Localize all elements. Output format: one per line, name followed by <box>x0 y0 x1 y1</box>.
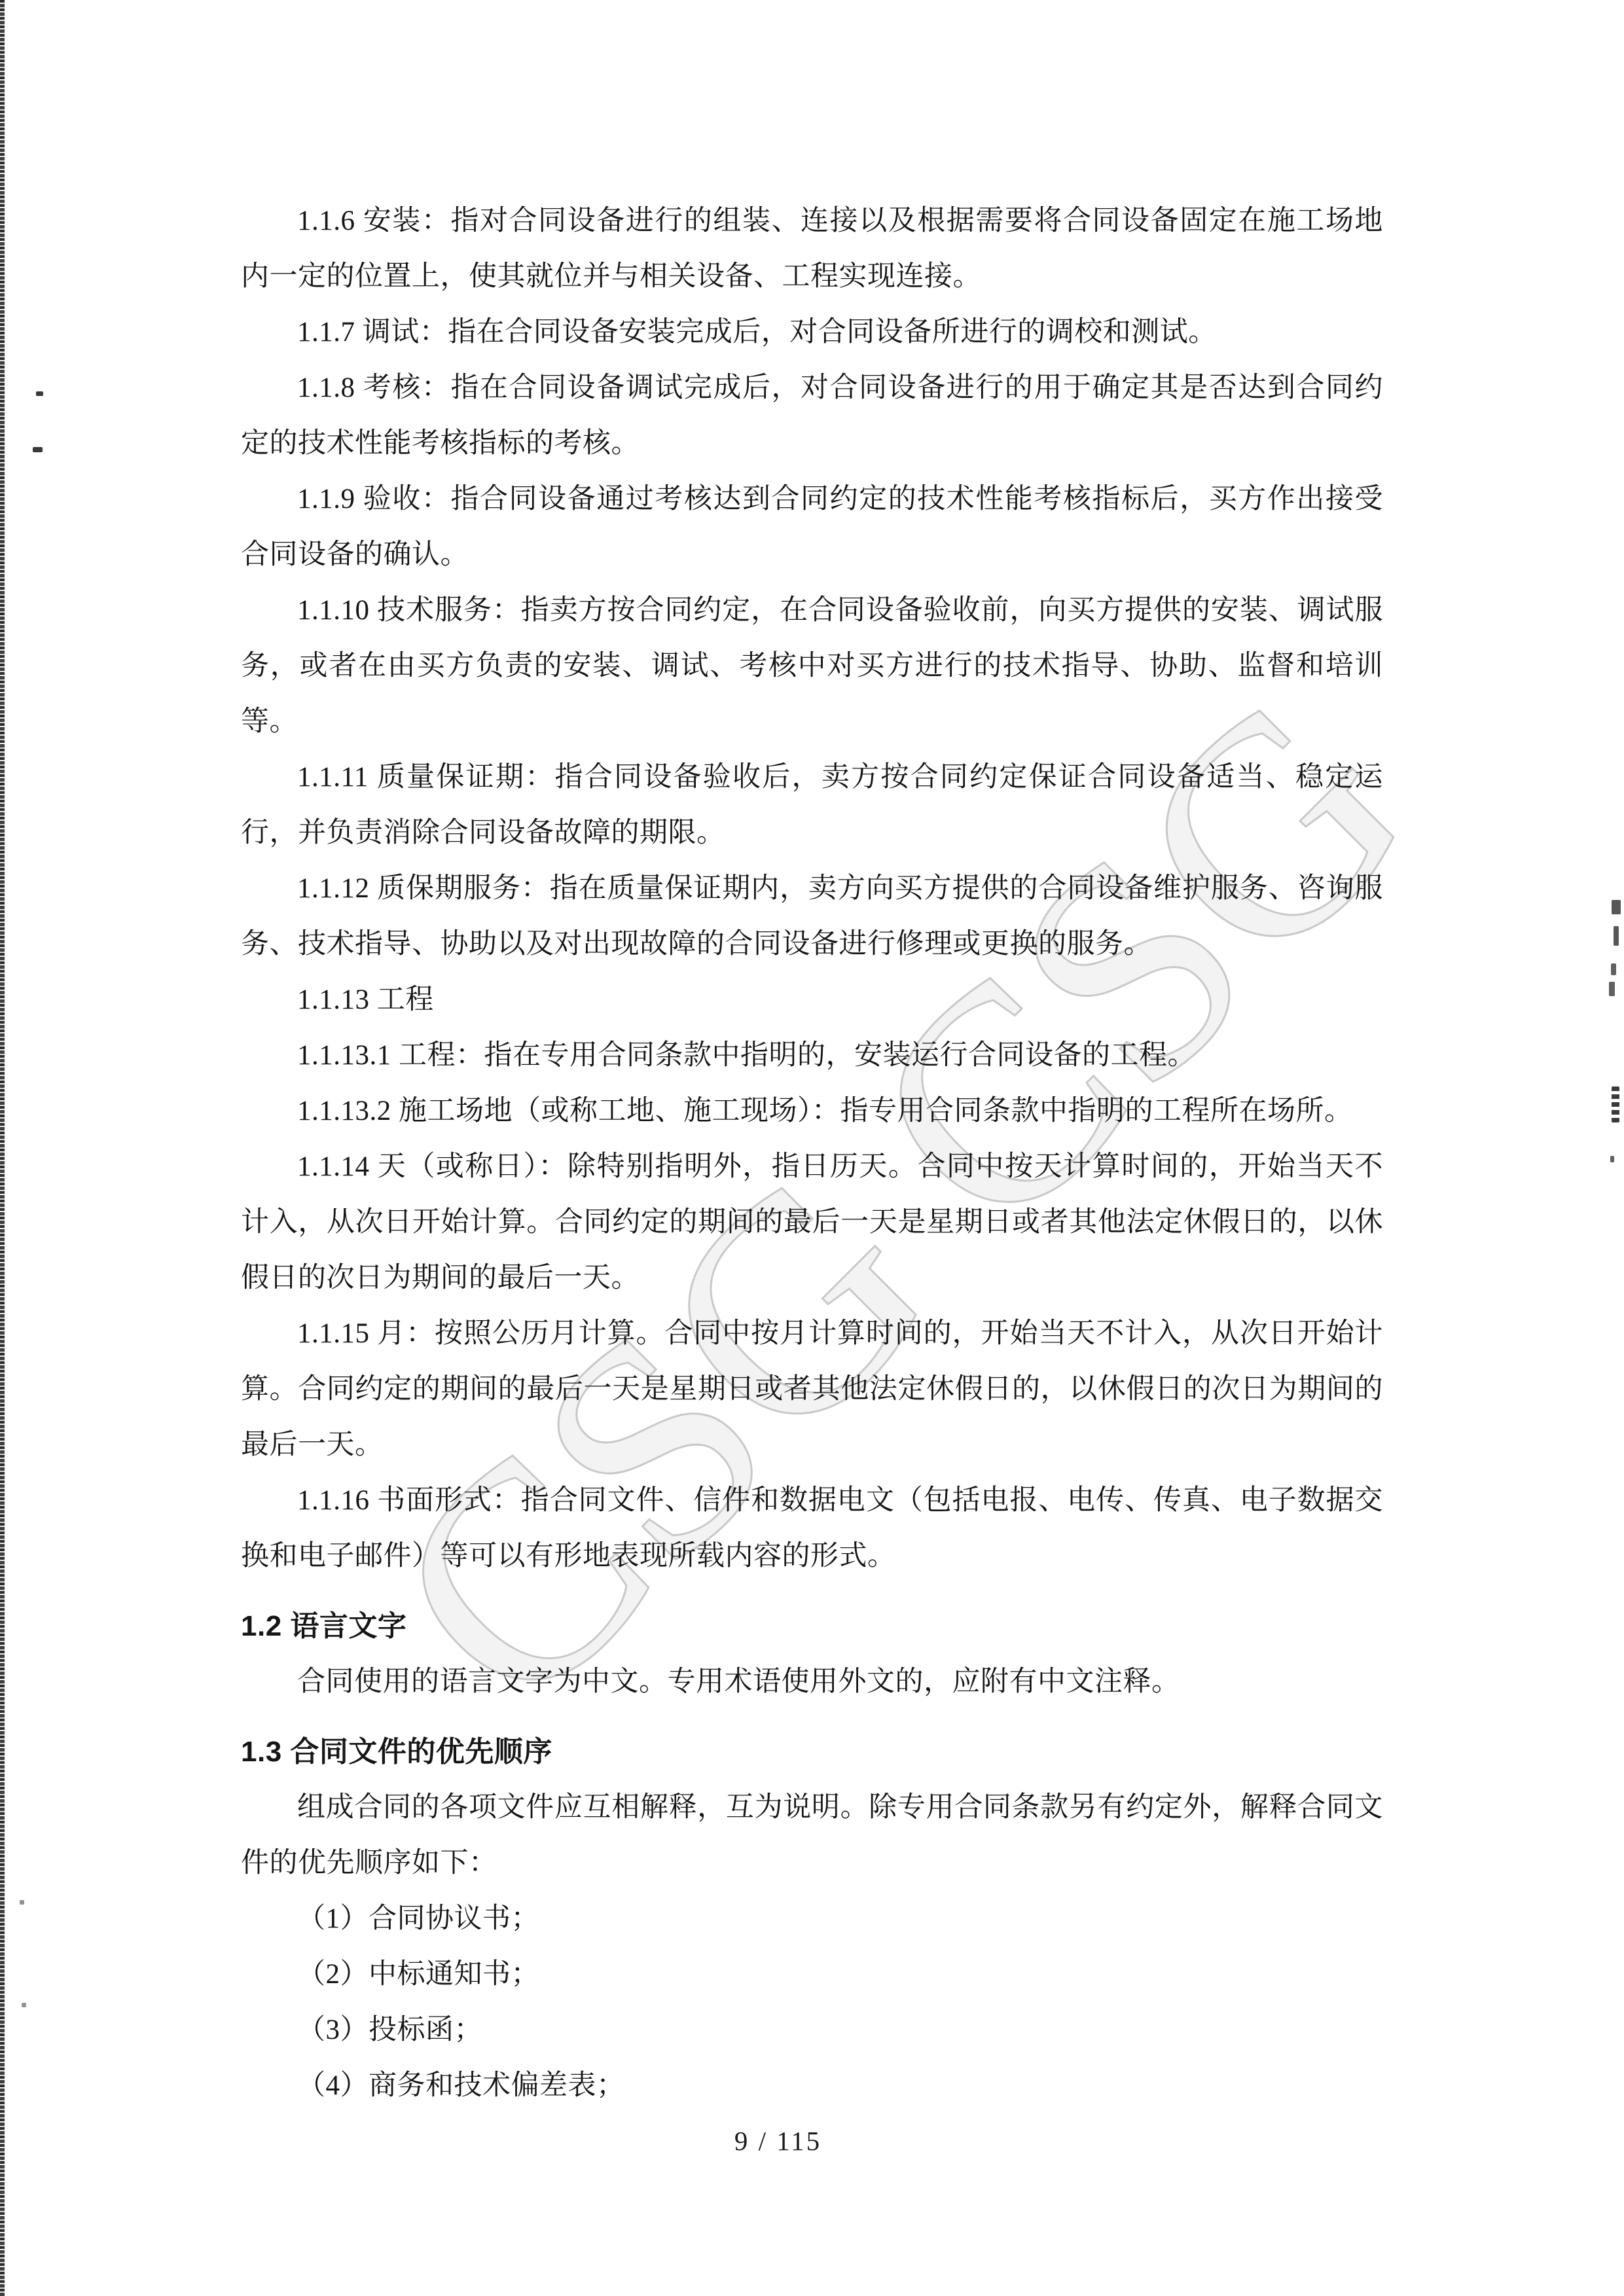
clause-1-1-8: 1.1.8 考核：指在合同设备调试完成后，对合同设备进行的用于确定其是否达到合同… <box>241 360 1383 471</box>
clause-1-1-11: 1.1.11 质量保证期：指合同设备验收后，卖方按合同约定保证合同设备适当、稳定… <box>241 749 1383 861</box>
contract-page: CSG CSG 1.1.6 安装：指对合同设备进行的组装、连接以及根据需要将合同… <box>0 0 1624 2296</box>
priority-item-1: （1）合同协议书； <box>241 1891 1383 1946</box>
clause-1-1-13-2: 1.1.13.2 施工场地（或称工地、施工现场）：指专用合同条款中指明的工程所在… <box>241 1083 1383 1139</box>
scan-artifact <box>36 391 43 396</box>
clause-language-body: 合同使用的语言文字为中文。专用术语使用外文的，应附有中文注释。 <box>241 1654 1383 1710</box>
clause-priority-body: 组成合同的各项文件应互相解释，互为说明。除专用合同条款另有约定外，解释合同文件的… <box>241 1780 1383 1891</box>
scan-artifact <box>22 2003 26 2007</box>
priority-item-2: （2）中标通知书； <box>241 1946 1383 2002</box>
scan-artifact <box>33 447 43 452</box>
scan-edge-artifact <box>0 0 5 2296</box>
clause-1-1-6: 1.1.6 安装：指对合同设备进行的组装、连接以及根据需要将合同设备固定在施工场… <box>241 193 1383 304</box>
section-heading-1-2: 1.2 语言文字 <box>241 1598 1383 1654</box>
page-number: 9 / 115 <box>0 2125 1590 2157</box>
clause-1-1-10: 1.1.10 技术服务：指卖方按合同约定，在合同设备验收前，向买方提供的安装、调… <box>241 583 1383 749</box>
scan-artifact <box>1612 1086 1619 1122</box>
priority-item-4: （4）商务和技术偏差表； <box>241 2058 1383 2113</box>
clause-1-1-12: 1.1.12 质保期服务：指在质量保证期内，卖方向买方提供的合同设备维护服务、咨… <box>241 861 1383 972</box>
scan-artifact <box>1614 926 1619 946</box>
scan-artifact <box>1610 1156 1614 1162</box>
section-heading-1-3: 1.3 合同文件的优先顺序 <box>241 1724 1383 1780</box>
clause-1-1-13-1: 1.1.13.1 工程：指在专用合同条款中指明的，安装运行合同设备的工程。 <box>241 1028 1383 1083</box>
clause-1-1-15: 1.1.15 月：按照公历月计算。合同中按月计算时间的，开始当天不计入，从次日开… <box>241 1306 1383 1473</box>
clause-1-1-16: 1.1.16 书面形式：指合同文件、信件和数据电文（包括电报、电传、传真、电子数… <box>241 1473 1383 1584</box>
clause-1-1-14: 1.1.14 天（或称日）：除特别指明外，指日历天。合同中按天计算时间的，开始当… <box>241 1139 1383 1306</box>
clause-1-1-9: 1.1.9 验收：指合同设备通过考核达到合同约定的技术性能考核指标后，买方作出接… <box>241 471 1383 583</box>
scan-artifact <box>20 1900 24 1905</box>
priority-item-3: （3）投标函； <box>241 2002 1383 2058</box>
clause-1-1-13: 1.1.13 工程 <box>241 972 1383 1028</box>
contract-text-block: 1.1.6 安装：指对合同设备进行的组装、连接以及根据需要将合同设备固定在施工场… <box>241 193 1383 2113</box>
scan-artifact <box>1611 963 1616 975</box>
scan-artifact <box>1609 982 1615 996</box>
clause-1-1-7: 1.1.7 调试：指在合同设备安装完成后，对合同设备所进行的调校和测试。 <box>241 304 1383 360</box>
scan-artifact <box>1612 900 1621 914</box>
